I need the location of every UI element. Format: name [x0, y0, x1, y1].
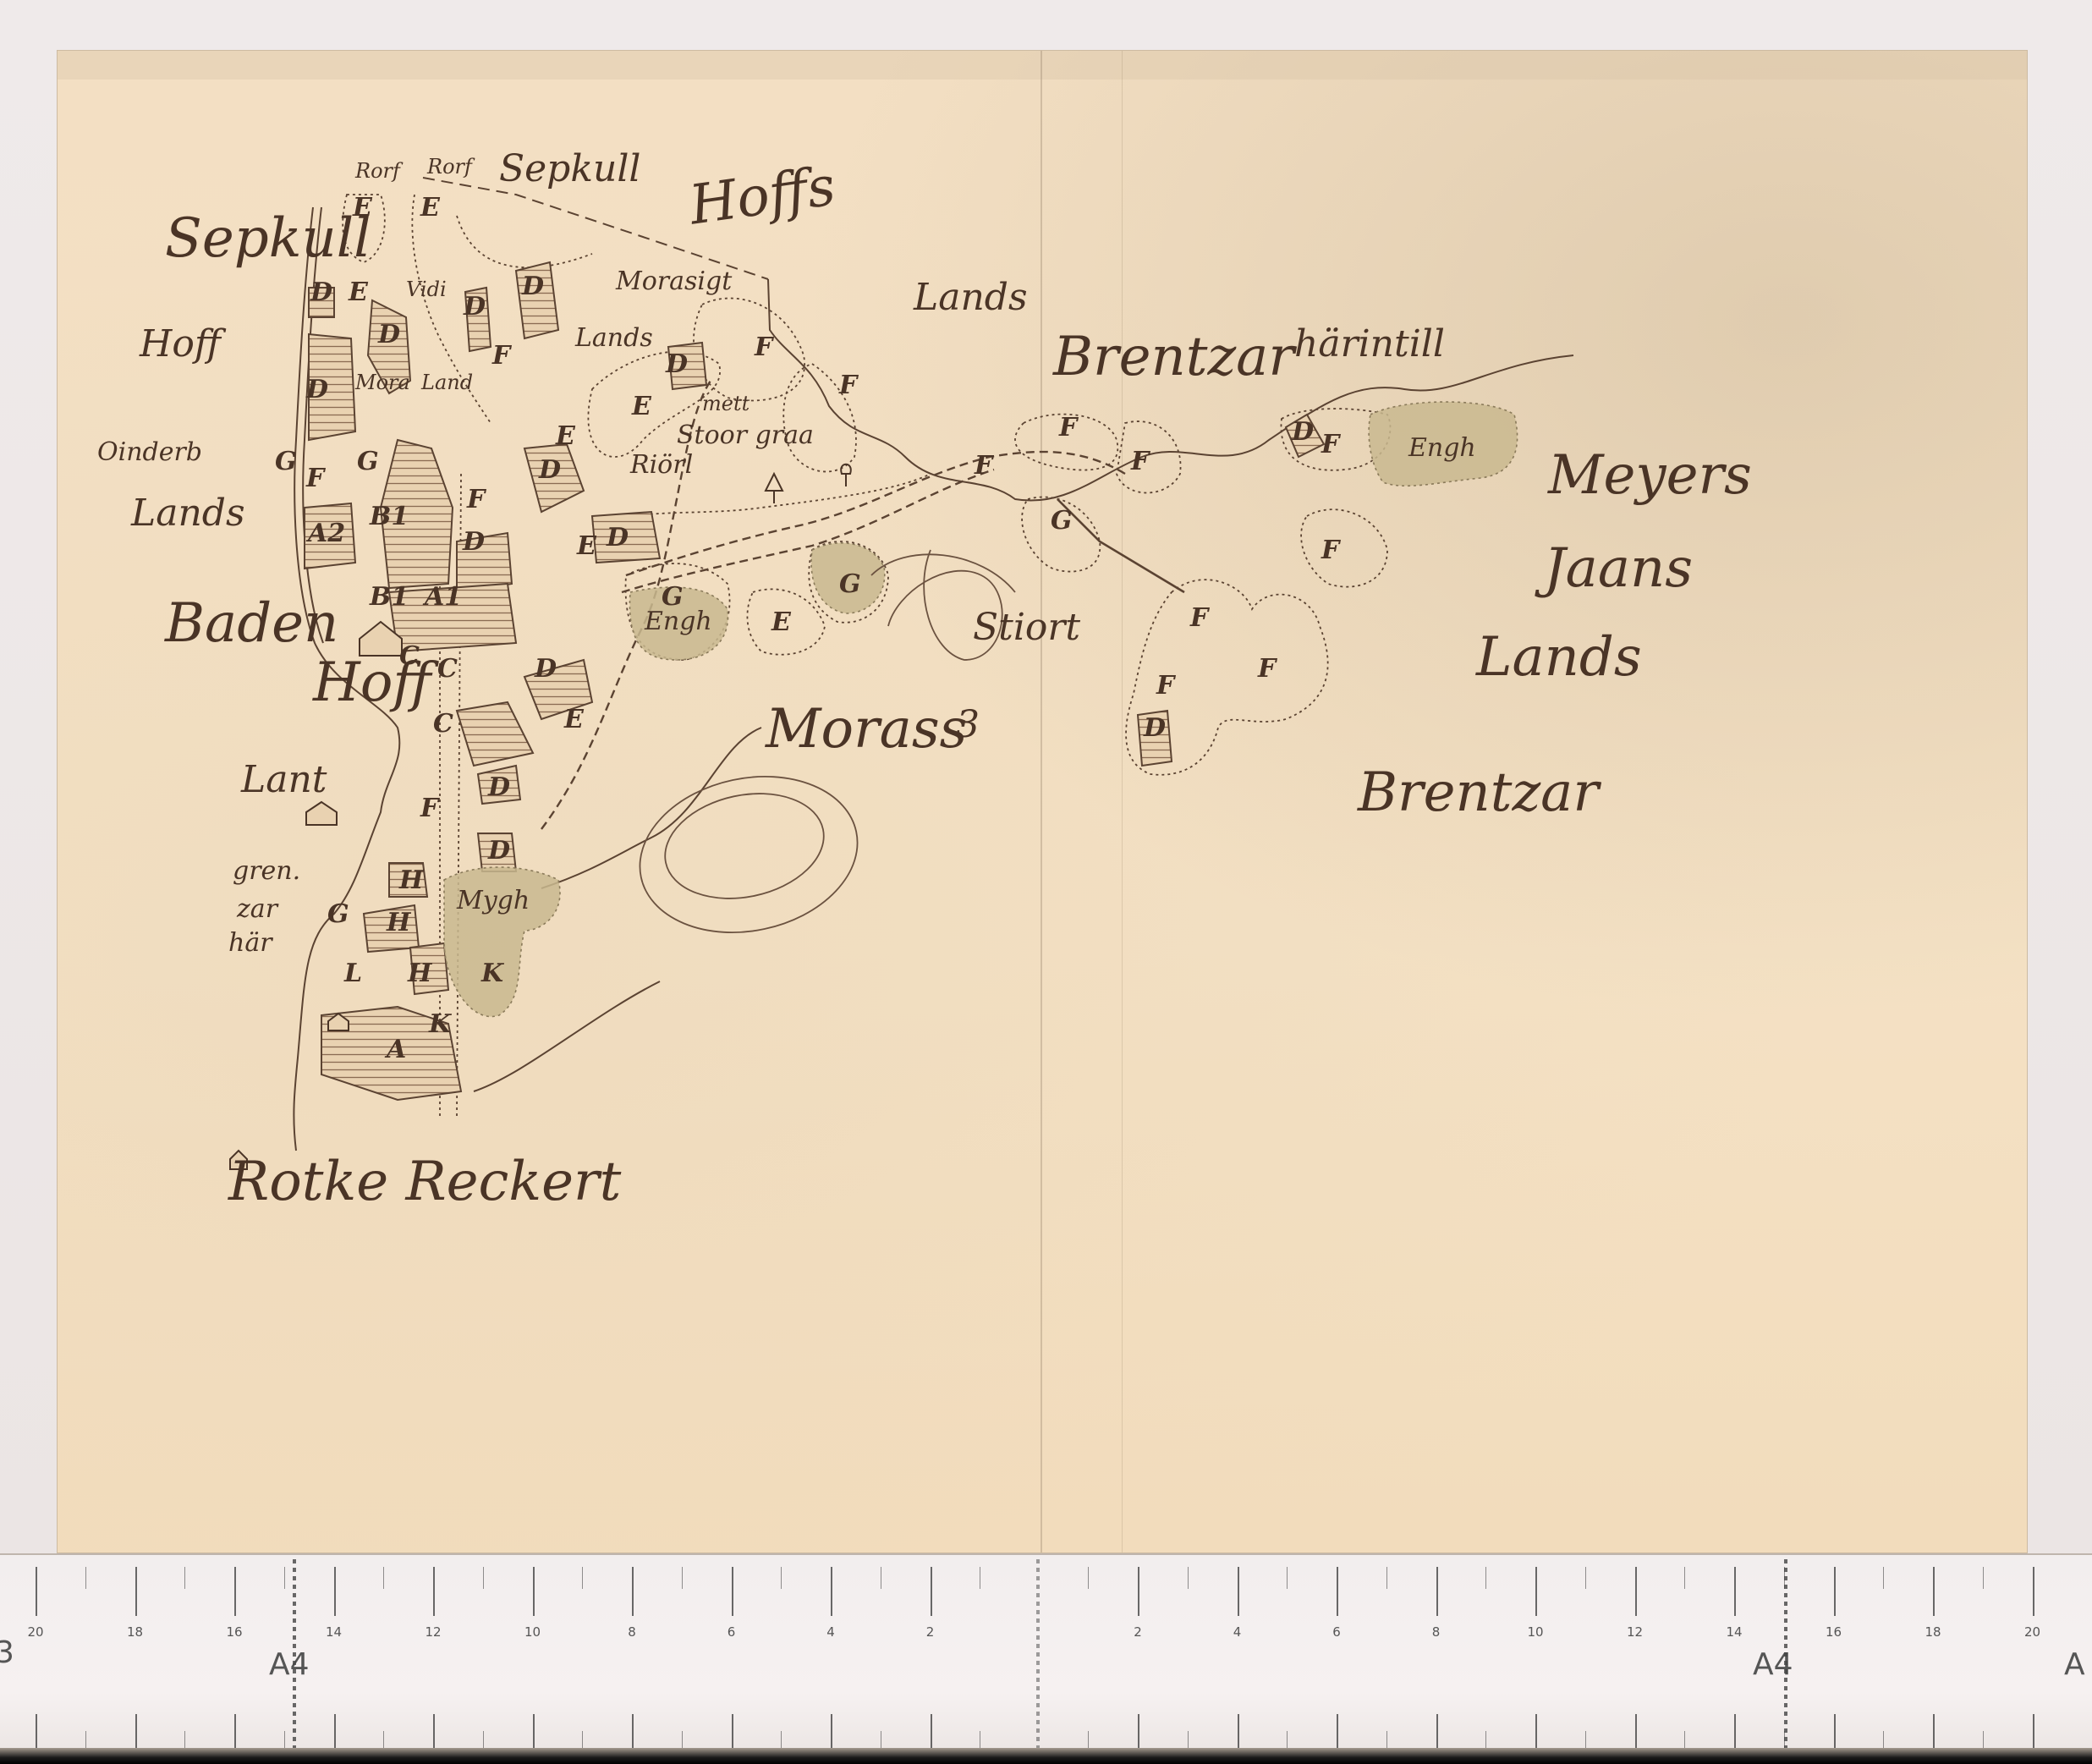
plot-letter: G: [357, 449, 379, 475]
ruler-tick: [36, 1714, 37, 1750]
ruler-tick: [135, 1714, 137, 1750]
ruler-tick-label: 14: [1726, 1624, 1742, 1640]
plot-letter: A: [387, 1037, 406, 1063]
ruler-tick: [1337, 1567, 1338, 1616]
label-gren: gren.: [233, 859, 300, 884]
ruler-tick: [433, 1567, 435, 1616]
ruler-right-edge-mark: A: [2064, 1650, 2085, 1680]
label-zar: zar: [237, 897, 277, 922]
ruler-tick: [632, 1714, 634, 1750]
plot-letter: E: [556, 424, 575, 449]
ruler-tick-label: 10: [1527, 1624, 1543, 1640]
plot-letter: A1: [425, 585, 462, 610]
ruler-tick-label: 4: [826, 1624, 835, 1640]
house-icon: [306, 802, 337, 825]
plot-letter: F: [420, 796, 438, 822]
ruler-tick: [2033, 1567, 2034, 1616]
plot-letter: F: [755, 335, 772, 360]
label-sepkull-hoff: Sepkull: [165, 212, 371, 266]
plot-letter: H: [387, 910, 410, 936]
plot-letter: D: [522, 274, 544, 299]
ruler-tick: [582, 1567, 583, 1589]
ruler-tick: [135, 1567, 137, 1616]
ruler-format-label-left: A4: [269, 1650, 310, 1680]
ruler-tick: [781, 1731, 782, 1750]
ruler-tick-label: 6: [728, 1624, 736, 1640]
plot-letter: D: [607, 525, 629, 551]
plot-letter: D: [488, 838, 510, 864]
ruler-tick: [1138, 1567, 1139, 1616]
plot-letter: D: [464, 294, 486, 320]
ruler-tick: [433, 1714, 435, 1750]
ruler-tick: [533, 1567, 535, 1616]
plot-letter: D: [539, 458, 561, 483]
label-vidi: Vidi: [406, 279, 447, 299]
ruler-tick: [831, 1567, 832, 1616]
ruler-tick: [184, 1731, 185, 1750]
plot-letter: C: [437, 657, 458, 682]
ruler-tick-label: 16: [226, 1624, 242, 1640]
ruler-tick: [1088, 1731, 1089, 1750]
ruler-tick: [980, 1567, 980, 1589]
ruler-tick-label: 18: [127, 1624, 143, 1640]
plot-letter: D: [1292, 420, 1314, 445]
label-oinderb: Oinderb: [97, 440, 202, 465]
ruler-tick: [781, 1567, 782, 1589]
plot-letter: F: [1321, 432, 1339, 458]
label-baden: Baden: [165, 596, 338, 651]
ruler-tick: [1883, 1567, 1884, 1589]
plot-letter: H: [399, 868, 423, 893]
label-lands-left: Lands: [131, 495, 245, 532]
ruler-tick: [1585, 1567, 1586, 1589]
ruler-tick: [1337, 1714, 1338, 1750]
ruler-tick: [1635, 1567, 1637, 1616]
measuring-ruler: 20181614121086422468101214161820 3 A4 A4…: [0, 1553, 2092, 1751]
ruler-tick: [334, 1567, 336, 1616]
plot-letter: D: [310, 280, 332, 305]
ruler-tick: [36, 1567, 37, 1616]
ruler-left-edge-mark: 3: [0, 1638, 14, 1668]
ruler-tick: [881, 1567, 881, 1589]
plot-letter: F: [467, 487, 485, 513]
plot-letter: E: [771, 610, 791, 635]
ruler-tick: [1436, 1714, 1438, 1750]
ruler-tick: [383, 1567, 384, 1589]
plot-letter: D: [463, 530, 485, 555]
ruler-tick-label: 12: [1627, 1624, 1643, 1640]
ruler-tick-label: 10: [524, 1624, 541, 1640]
ruler-tick: [980, 1731, 980, 1750]
ruler-tick: [1485, 1567, 1486, 1589]
plot-letter: H: [408, 961, 431, 986]
label-land: Land: [421, 372, 473, 393]
tree-icon: [766, 474, 782, 503]
ruler-tick: [1684, 1731, 1685, 1750]
ruler-tick: [1188, 1567, 1189, 1589]
ruler-tick: [1684, 1567, 1685, 1589]
label-stoor-graa: Stoor graa: [677, 423, 814, 448]
plot-letter: E: [353, 195, 372, 221]
label-lant: Lant: [241, 761, 327, 799]
label-rotke-reckert: Rotke Reckert: [228, 1155, 621, 1209]
ruler-tick: [1386, 1731, 1387, 1750]
label-morass: Morass: [766, 702, 968, 756]
ruler-tick: [2033, 1714, 2034, 1750]
label-mora: Mora: [355, 372, 410, 393]
label-engh-east: Engh: [1408, 436, 1476, 461]
ruler-tick: [1834, 1567, 1836, 1616]
plot-letter: E: [632, 394, 651, 420]
plot-letter: G: [1051, 508, 1073, 534]
ruler-tick: [1535, 1567, 1537, 1616]
plot-letter: D: [1144, 716, 1166, 741]
plot-letter: D: [378, 322, 400, 348]
ruler-tick: [533, 1714, 535, 1750]
plot-letter: F: [1059, 415, 1077, 441]
ruler-tick: [234, 1714, 236, 1750]
ruler-tick-label: 18: [1925, 1624, 1941, 1640]
ruler-tick-label: 12: [425, 1624, 441, 1640]
ruler-tick: [1287, 1731, 1288, 1750]
ruler-tick: [334, 1714, 336, 1750]
ruler-tick-label: 8: [1432, 1624, 1441, 1640]
ruler-tick-label: 4: [1233, 1624, 1242, 1640]
plot-letter: B1: [370, 504, 409, 530]
ruler-tick-label: 20: [2024, 1624, 2040, 1640]
ruler-tick: [1436, 1567, 1438, 1616]
ruler-tick: [1535, 1714, 1537, 1750]
label-brentzar-top: Brentzar: [1053, 330, 1294, 384]
ruler-center-line: [1036, 1559, 1040, 1750]
plot-letter: F: [975, 453, 992, 479]
ruler-tick-label: 2: [1134, 1624, 1142, 1640]
ruler-tick: [234, 1567, 236, 1616]
plot-letter: D: [535, 657, 557, 682]
plot-letter: F: [839, 373, 857, 398]
plot-letter: D: [488, 775, 510, 800]
plot-letter: G: [327, 902, 349, 927]
plot-letter: K: [481, 961, 503, 986]
ruler-tick-label: 6: [1332, 1624, 1341, 1640]
label-brentzar-bottom: Brentzar: [1358, 766, 1599, 820]
ruler-tick: [1933, 1567, 1935, 1616]
plot-letter: D: [666, 352, 688, 377]
plot-letter: E: [420, 195, 440, 221]
label-hoff-left: Hoff: [140, 326, 221, 363]
label-meyers: Meyers: [1548, 448, 1752, 503]
plot-letter: F: [492, 343, 510, 369]
ruler-tick: [284, 1731, 285, 1750]
plot-letter: F: [1190, 606, 1208, 631]
ruler-tick: [284, 1567, 285, 1589]
ruler-tick: [1088, 1567, 1089, 1589]
ruler-tick: [632, 1567, 634, 1616]
label-morasigt-lands: Lands: [575, 326, 653, 351]
ruler-tick: [85, 1731, 86, 1750]
plot-letter: L: [344, 961, 362, 986]
plot-letter: K: [429, 1012, 451, 1037]
ruler-tick: [931, 1714, 932, 1750]
ruler-tick: [383, 1731, 384, 1750]
ruler-tick: [732, 1714, 733, 1750]
plot-letter: C: [433, 712, 453, 737]
ruler-a4-line-left: [293, 1559, 296, 1750]
label-har: här: [228, 931, 272, 956]
ruler-tick: [1386, 1567, 1387, 1589]
label-stiort: Stiort: [973, 609, 1080, 646]
ruler-tick: [483, 1731, 484, 1750]
plot-letter: D: [306, 377, 328, 403]
plot-letter: G: [662, 585, 684, 610]
scanner-edge: [0, 1748, 2092, 1764]
plot-letter: A2: [308, 521, 345, 547]
field: [457, 702, 533, 766]
plot-letter: C: [399, 644, 420, 669]
ruler-tick: [1983, 1731, 1984, 1750]
plot-letter: F: [1131, 449, 1149, 475]
ruler-tick: [931, 1567, 932, 1616]
ruler-tick: [483, 1567, 484, 1589]
ruler-tick-label: 20: [27, 1624, 43, 1640]
ruler-tick: [85, 1567, 86, 1589]
ruler-tick: [582, 1731, 583, 1750]
ruler-tick: [1635, 1714, 1637, 1750]
label-morasigt: Morasigt: [616, 269, 732, 294]
plot-letter: E: [349, 280, 368, 305]
ruler-tick-label: 2: [926, 1624, 935, 1640]
label-riorl: Riörl: [630, 453, 693, 478]
label-lands-top: Lands: [914, 279, 1028, 316]
plot-letter: F: [1156, 673, 1174, 699]
plot-letter: E: [577, 534, 596, 559]
plot-letter: E: [564, 707, 584, 733]
plot-letter: F: [306, 466, 324, 492]
plot-letter: F: [1321, 538, 1339, 563]
plot-letter: B1: [370, 585, 409, 610]
label-mygh: Mygh: [457, 888, 530, 914]
ruler-tick: [682, 1731, 683, 1750]
ruler-tick: [1834, 1714, 1836, 1750]
ruler-tick: [732, 1567, 733, 1616]
ruler-tick-label: 8: [628, 1624, 636, 1640]
ruler-tick: [184, 1567, 185, 1589]
label-engh-west: Engh: [645, 609, 712, 635]
label-harintill: härintill: [1294, 326, 1445, 363]
ruler-tick: [1734, 1714, 1736, 1750]
ruler-tick: [1734, 1567, 1736, 1616]
ruler-tick: [1585, 1731, 1586, 1750]
ruler-tick: [682, 1567, 683, 1589]
ruler-tick: [1188, 1731, 1189, 1750]
plot-letter: G: [275, 449, 297, 475]
label-rorf-2: Rorf: [427, 157, 472, 177]
label-sepkull-top: Sepkull: [499, 151, 641, 188]
label-jaans: Jaans: [1544, 541, 1693, 596]
ruler-tick: [881, 1731, 881, 1750]
ruler-tick-label: 16: [1826, 1624, 1842, 1640]
ruler-tick: [1138, 1714, 1139, 1750]
ruler-tick: [1983, 1567, 1984, 1589]
ruler-tick-label: 14: [326, 1624, 342, 1640]
label-morass-number: 3: [956, 706, 980, 744]
plot-letter: G: [839, 572, 861, 597]
label-rorf-1: Rorf: [355, 161, 400, 181]
ruler-tick: [1933, 1714, 1935, 1750]
ruler-tick: [1238, 1714, 1239, 1750]
label-mett: mett: [702, 393, 749, 414]
ruler-tick: [831, 1714, 832, 1750]
ruler-tick: [1287, 1567, 1288, 1589]
ruler-tick: [1485, 1731, 1486, 1750]
label-lands-right: Lands: [1476, 630, 1642, 684]
plot-letter: F: [1258, 657, 1276, 682]
ruler-tick: [1883, 1731, 1884, 1750]
ruler-tick: [1238, 1567, 1239, 1616]
ruler-a4-line-right: [1784, 1559, 1787, 1750]
